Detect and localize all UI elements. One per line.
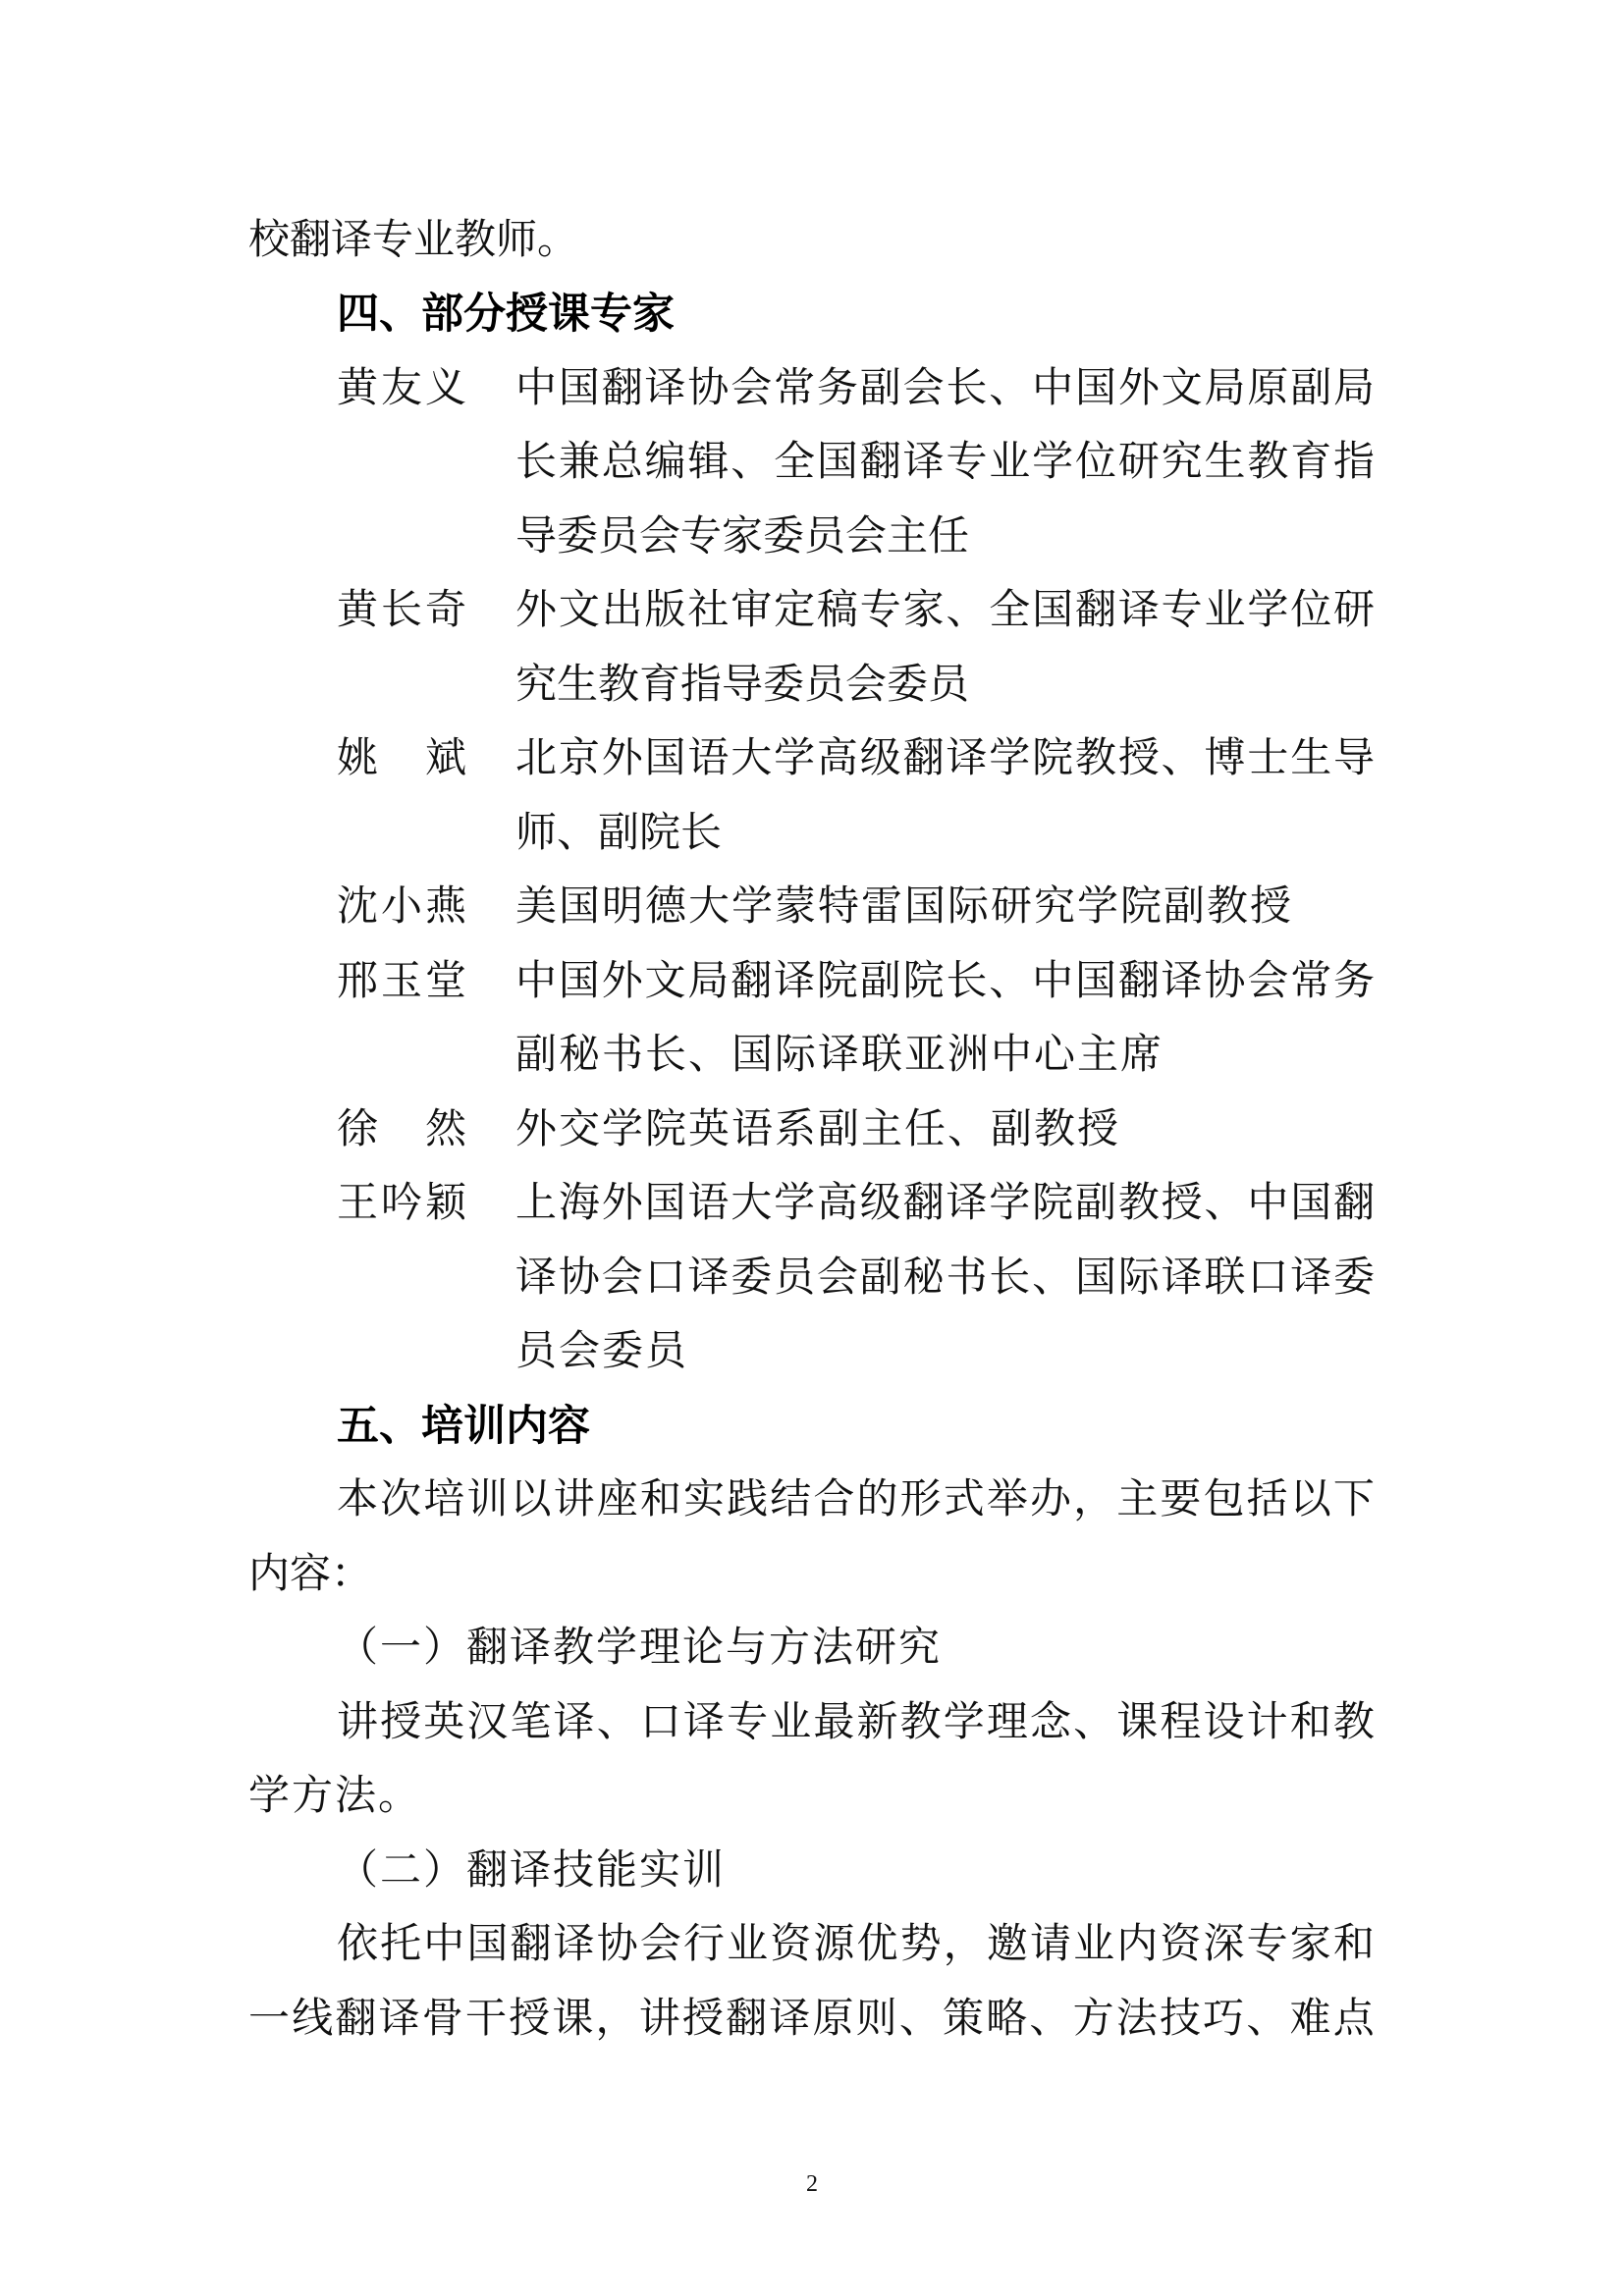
expert-title-line: 副秘书长、国际译联亚洲中心主席 [515, 1018, 1164, 1093]
expert-title-line: 上 海 外 国 语 大 学 高 级 翻 译 学 院 副 教 授 、 中 国 翻 [515, 1166, 1375, 1241]
expert-title-line: 长 兼 总 编 辑 、 全 国 翻 译 专 业 学 位 研 究 生 教 育 指 [515, 425, 1375, 500]
paragraph-line: 讲 授 英 汉 笔 译 、 口 译 专 业 最 新 教 学 理 念 、 课 程 … [337, 1685, 1375, 1760]
expert-title-line: 导委员会专家委员会主任 [515, 500, 969, 574]
subsection-title: （一）翻译教学理论与方法研究 [337, 1611, 942, 1685]
paragraph-line: 内容： [248, 1537, 372, 1612]
expert-title-line: 中 国 外 文 局 翻 译 院 副 院 长 、 中 国 翻 译 协 会 常 务 [515, 944, 1375, 1019]
subsection-title: （二）翻译技能实训 [337, 1834, 726, 1908]
expert-title-line: 北 京 外 国 语 大 学 高 级 翻 译 学 院 教 授 、 博 士 生 导 [515, 721, 1375, 796]
expert-title-line: 外交学院英语系副主任、副教授 [515, 1093, 1120, 1167]
expert-title-line: 师、副院长 [515, 796, 722, 871]
expert-name: 沈 小 燕 [337, 870, 466, 944]
expert-title-line: 美国明德大学蒙特雷国际研究学院副教授 [515, 870, 1293, 944]
expert-title-line: 外 文 出 版 社 审 定 稿 专 家 、 全 国 翻 译 专 业 学 位 研 [515, 573, 1375, 648]
page-number: 2 [800, 2167, 824, 2201]
expert-title-line: 究生教育指导委员会委员 [515, 648, 969, 722]
expert-name: 黄 友 义 [337, 351, 466, 426]
expert-name: 黄 长 奇 [337, 573, 466, 648]
expert-name: 徐 然 [337, 1093, 466, 1167]
expert-title-line: 中 国 翻 译 协 会 常 务 副 会 长 、 中 国 外 文 局 原 副 局 [515, 351, 1375, 426]
expert-title-line: 员会委员 [515, 1314, 688, 1389]
paragraph-line: 本 次 培 训 以 讲 座 和 实 践 结 合 的 形 式 举 办 ， 主 要 … [337, 1463, 1375, 1537]
paragraph-line: 依 托 中 国 翻 译 协 会 行 业 资 源 优 势 ， 邀 请 业 内 资 … [337, 1907, 1375, 1982]
paragraph-line: 学方法。 [248, 1759, 421, 1834]
paragraph-line: 一 线 翻 译 骨 干 授 课 ， 讲 授 翻 译 原 则 、 策 略 、 方 … [248, 1982, 1375, 2056]
expert-name: 王 吟 颖 [337, 1166, 466, 1241]
expert-name: 邢 玉 堂 [337, 944, 466, 1019]
expert-title-line: 译 协 会 口 译 委 员 会 副 秘 书 长 、 国 际 译 联 口 译 委 [515, 1241, 1375, 1315]
section-heading-training-content: 五、培训内容 [337, 1389, 590, 1464]
section-heading-experts: 四、部分授课专家 [337, 277, 675, 351]
expert-name: 姚 斌 [337, 721, 466, 796]
document-page: 校翻译专业教师。 四、部分授课专家 黄 友 义 中 国 翻 译 协 会 常 务 … [0, 0, 1624, 2296]
continuation-text: 校翻译专业教师。 [248, 203, 578, 278]
